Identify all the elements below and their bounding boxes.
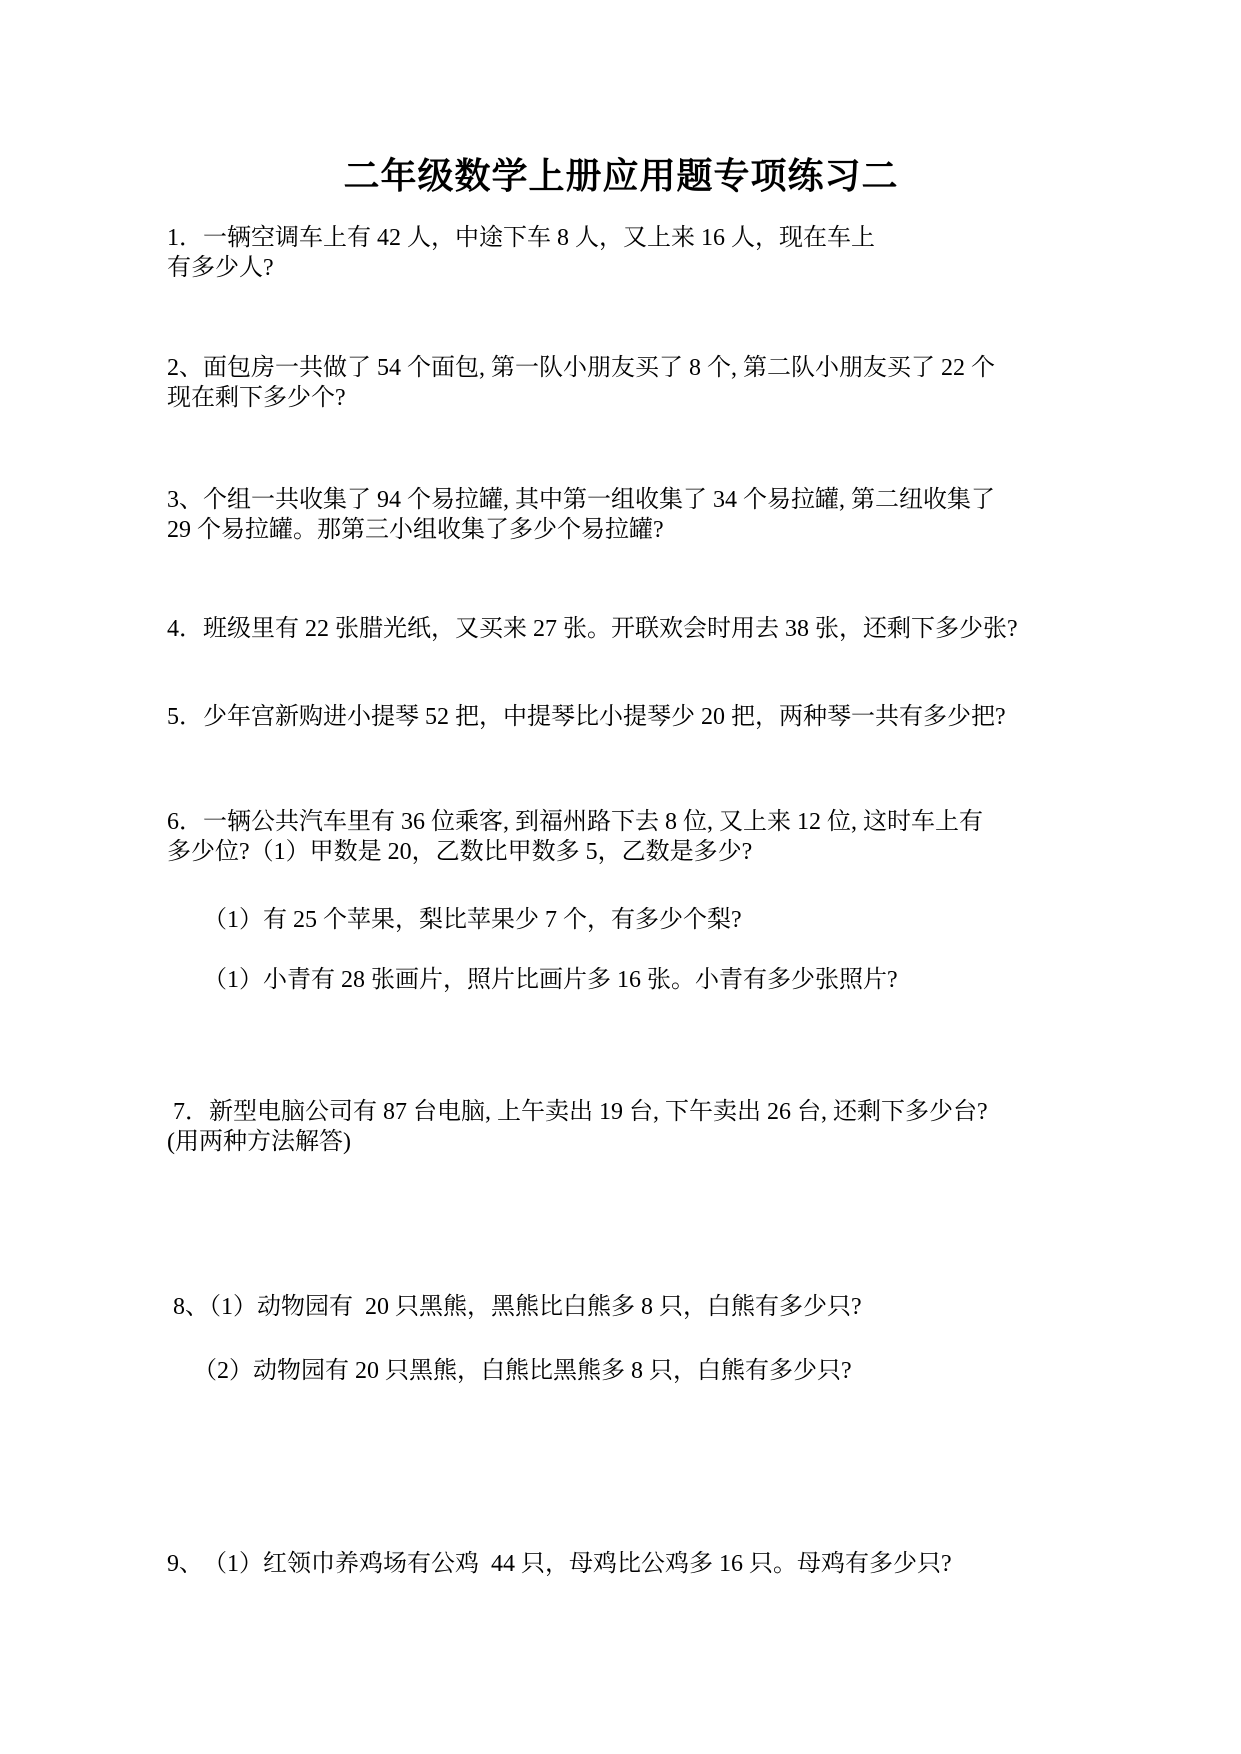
problem-3: 3、个组一共收集了 94 个易拉罐, 其中第一组收集了 34 个易拉罐, 第二纽… (167, 485, 1161, 545)
problem-2: 2、面包房一共做了 54 个面包, 第一队小朋友买了 8 个, 第二队小朋友买了… (167, 353, 1161, 413)
problem-7: 7．新型电脑公司有 87 台电脑, 上午卖出 19 台, 下午卖出 26 台, … (167, 1097, 1161, 1157)
page-title: 二年级数学上册应用题专项练习二 (167, 152, 1075, 200)
problem-9: 9、 （1）红领巾养鸡场有公鸡 44 只，母鸡比公鸡多 16 只。母鸡有多少只? (167, 1549, 1161, 1579)
problem-8-sub-2: （2）动物园有 20 只黑熊，白熊比黑熊多 8 只，白熊有多少只? (167, 1356, 1161, 1386)
problem-1: 1．一辆空调车上有 42 人，中途下车 8 人，又上来 16 人，现在车上 有多… (167, 223, 1161, 283)
problem-6-sub-photos: （1）小青有 28 张画片，照片比画片多 16 张。小青有多少张照片? (167, 965, 1161, 995)
problem-6-sub-apples: （1）有 25 个苹果，梨比苹果少 7 个，有多少个梨? (167, 905, 1161, 935)
problem-6: 6．一辆公共汽车里有 36 位乘客, 到福州路下去 8 位, 又上来 12 位,… (167, 807, 1161, 867)
worksheet-page: 二年级数学上册应用题专项练习二 1．一辆空调车上有 42 人，中途下车 8 人，… (0, 0, 1241, 1754)
problem-8: 8、（1）动物园有 20 只黑熊，黑熊比白熊多 8 只，白熊有多少只? (167, 1292, 1161, 1322)
problem-5: 5．少年宫新购进小提琴 52 把，中提琴比小提琴少 20 把，两种琴一共有多少把… (167, 702, 1161, 732)
problem-4: 4．班级里有 22 张腊光纸，又买来 27 张。开联欢会时用去 38 张，还剩下… (167, 614, 1161, 644)
